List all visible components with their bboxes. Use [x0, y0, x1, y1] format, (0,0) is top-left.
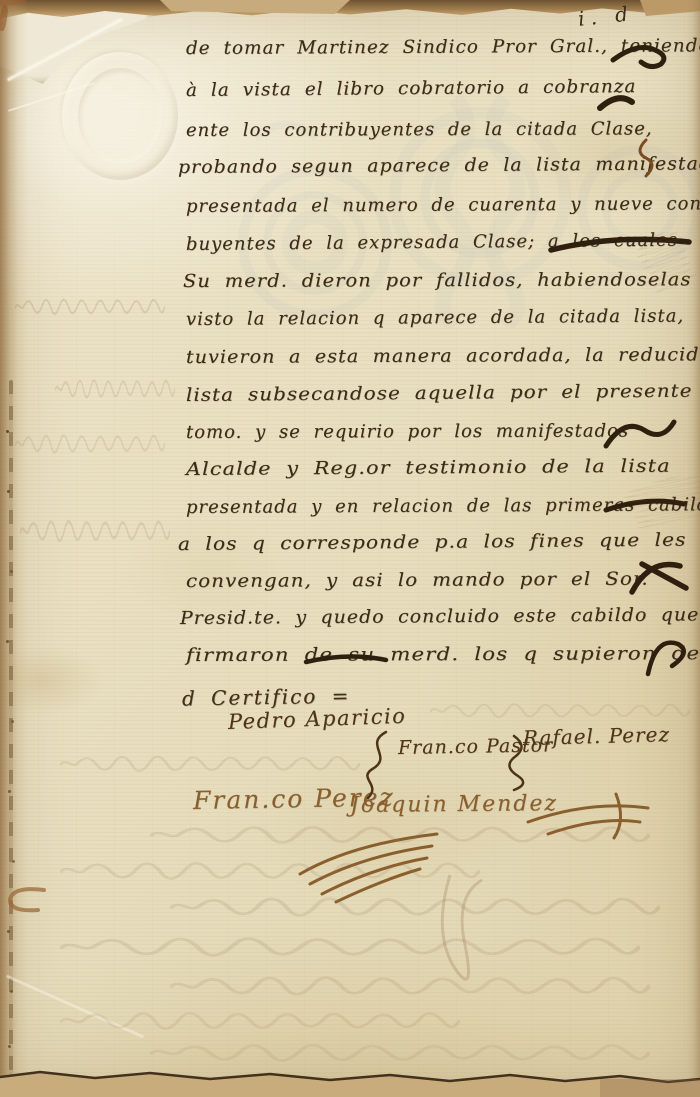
manuscript-line: convengan, y asi lo mando por el Sor.	[186, 569, 649, 592]
bottom-torn-edge	[0, 1061, 700, 1097]
ink-flourish	[622, 136, 664, 180]
ink-bleedthrough	[60, 933, 640, 959]
manuscript-line: Alcalde y Reg.or testimonio de la lista	[186, 456, 671, 480]
left-edge-specks	[6, 430, 9, 433]
ink-bleedthrough	[15, 295, 165, 317]
ink-flourish	[638, 628, 694, 684]
manuscript-line: Presid.te. y quedo concluido este cabild…	[180, 604, 700, 629]
manuscript-line: a los q corresponde p.a los fines que le…	[178, 530, 687, 555]
ink-bleedthrough	[60, 1008, 460, 1032]
ink-flourish	[592, 88, 640, 118]
ink-flourish	[622, 552, 694, 600]
ink-bleedthrough	[20, 515, 170, 545]
ink-flourish	[598, 414, 682, 456]
manuscript-line: firmaron de su merd. los q supieron de	[186, 643, 700, 666]
manuscript-line: lista subsecandose aquella por el presen…	[186, 381, 693, 406]
manuscript-line: presentada el numero de cuarenta y nueve…	[186, 193, 700, 217]
manuscript-line: à la vista el libro cobratorio a cobranz…	[186, 76, 637, 101]
ink-flourish	[607, 40, 673, 70]
manuscript-line: tuvieron a esta manera acordada, la redu…	[186, 344, 700, 368]
manuscript-line: Su merd. dieron por fallidos, habiendose…	[183, 269, 692, 292]
ink-bleedthrough	[55, 375, 175, 401]
manuscript-line: ente los contribuyentes de la citada Cla…	[186, 118, 653, 141]
manuscript-page: i. d de tomar Martinez Sindico Pror Gral…	[0, 0, 700, 1097]
ink-bleedthrough	[150, 822, 650, 846]
top-ink-mark: i. d	[577, 1, 635, 31]
ink-bleedthrough	[430, 700, 690, 720]
signature-rafael-perez: Rafael. Perez	[523, 722, 671, 750]
left-binding-edge	[0, 0, 28, 1097]
ink-bleedthrough	[170, 893, 660, 919]
ink-bleedthrough	[60, 858, 480, 882]
ink-bleedthrough-loop	[430, 865, 520, 1015]
manuscript-line: visto la relacion q aparece de la citada…	[186, 306, 684, 330]
ink-flourish	[300, 650, 392, 670]
ink-bleedthrough-mark	[4, 884, 48, 914]
ink-bleedthrough	[170, 972, 650, 998]
ink-bleedthrough	[15, 430, 165, 456]
ink-bleedthrough	[150, 1040, 650, 1064]
manuscript-line: tomo. y se requirio por los manifestados	[186, 420, 629, 443]
ink-bleedthrough	[60, 752, 360, 774]
